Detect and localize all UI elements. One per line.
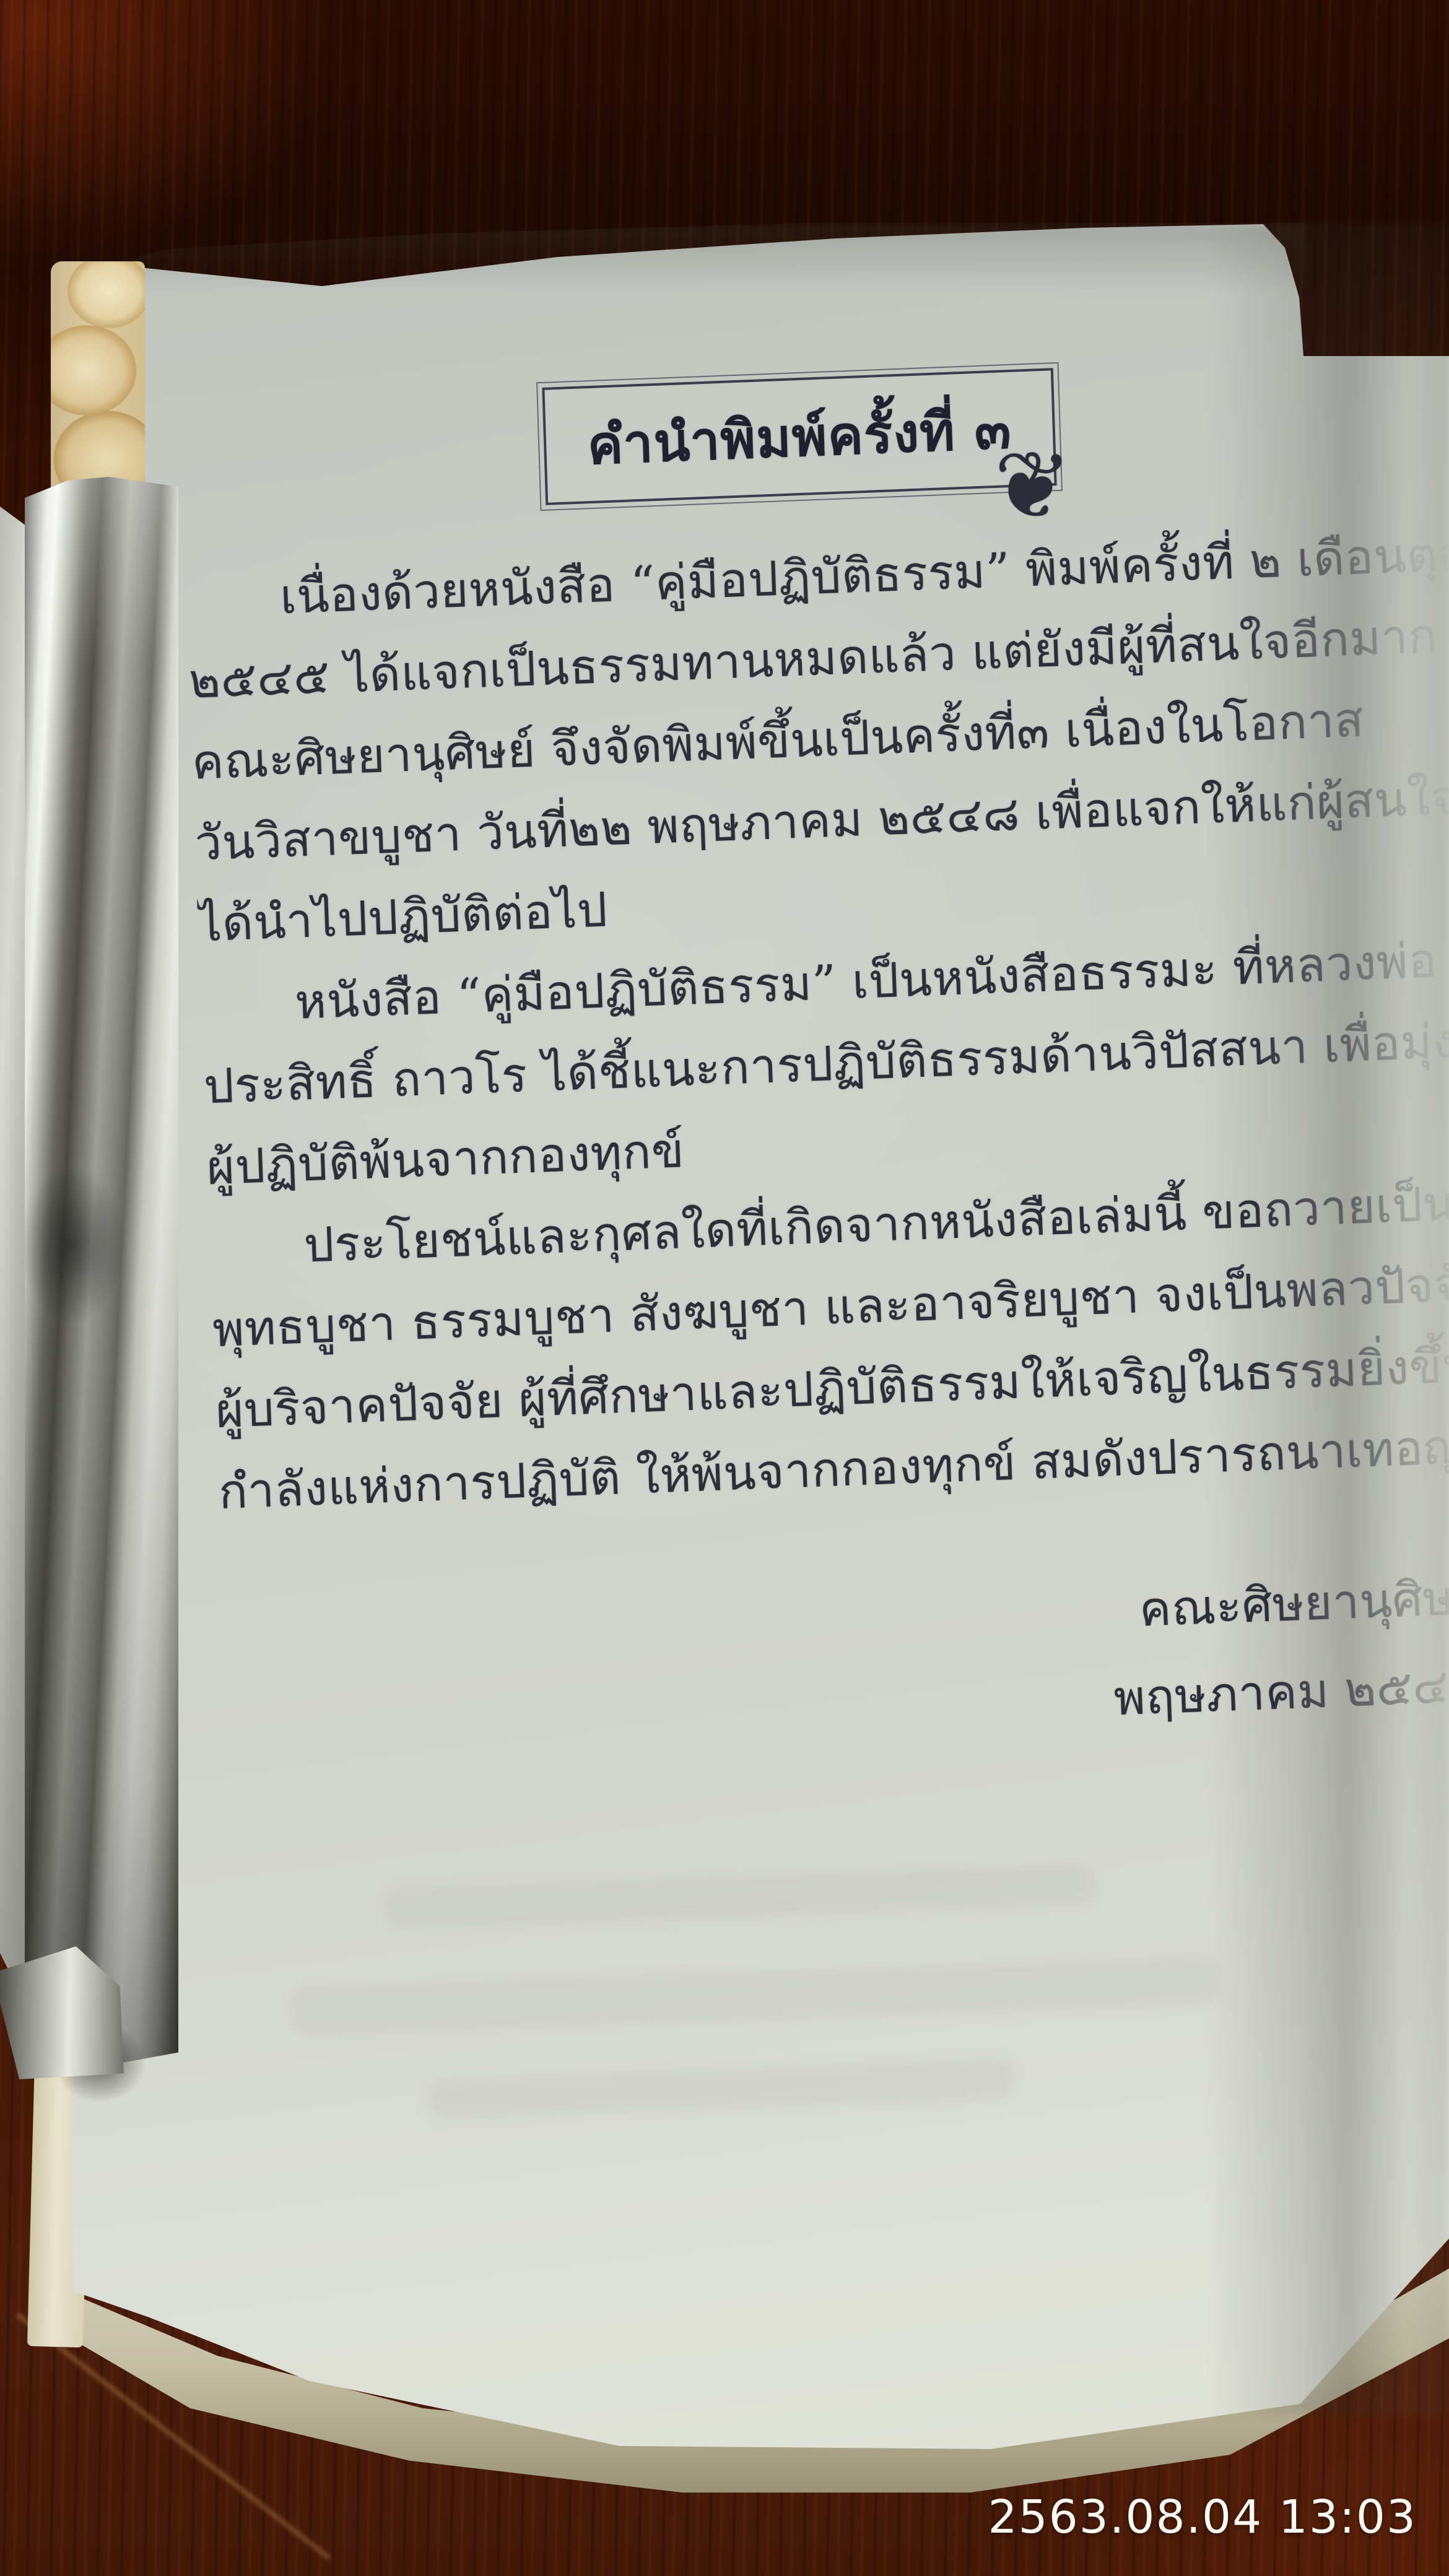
paragraph: เนื่องด้วยหนังสือ “คู่มือปฏิบัติธรรม” พิ… <box>185 514 1449 966</box>
paragraph: หนังสือ “คู่มือปฏิบัติธรรม” เป็นหนังสือธ… <box>199 919 1449 1209</box>
paragraph: ประโยชน์และกุศลใดที่เกิดจากหนังสือเล่มนี… <box>208 1162 1449 1533</box>
floral-ornament-icon: ❦ <box>990 437 1074 535</box>
page-title: คำนำพิมพ์ครั้งที่ ๓ <box>586 386 1013 487</box>
camera-timestamp: 2563.08.04 13:03 <box>988 2491 1417 2544</box>
metal-binder-clip <box>25 477 178 2065</box>
photo-of-book-page: คำนำพิมพ์ครั้งที่ ๓ ❦ เนื่องด้วยหนังสือ … <box>0 0 1449 2576</box>
curled-page-corner <box>51 261 145 509</box>
chapter-title-box: คำนำพิมพ์ครั้งที่ ๓ ❦ <box>542 368 1056 505</box>
body-text: เนื่องด้วยหนังสือ “คู่มือปฏิบัติธรรม” พิ… <box>185 514 1449 1776</box>
